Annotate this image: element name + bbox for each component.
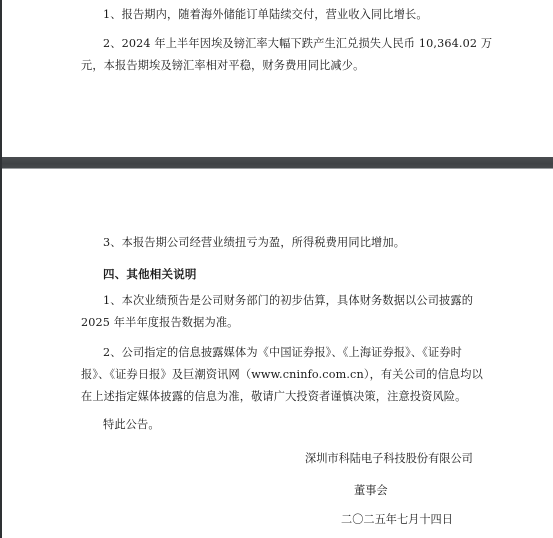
note-text: 2025 年半年度报告数据为准。 — [81, 312, 476, 334]
list-item-text: 3、本报告期公司经营业绩扭亏为盈，所得税费用同比增加。 — [81, 232, 476, 254]
note-text: 1、本次业绩预告是公司财务部门的初步估算，具体财务数据以公司披露的 — [81, 290, 476, 312]
list-item-2: 2、2024 年上半年因埃及镑汇率大幅下跌产生汇兑损失人民币 10,364.02… — [81, 33, 476, 77]
list-item-text: 1、报告期内，随着海外储能订单陆续交付，营业收入同比增长。 — [81, 4, 476, 26]
document-viewer[interactable]: 1、报告期内，随着海外储能订单陆续交付，营业收入同比增长。 2、2024 年上半… — [0, 0, 553, 538]
closing-text: 特此公告。 — [81, 414, 476, 436]
document-page-2: 3、本报告期公司经营业绩扭亏为盈，所得税费用同比增加。 四、其他相关说明 1、本… — [2, 168, 553, 538]
document-page-1: 1、报告期内，随着海外储能订单陆续交付，营业收入同比增长。 2、2024 年上半… — [2, 0, 553, 158]
list-item-3: 3、本报告期公司经营业绩扭亏为盈，所得税费用同比增加。 — [81, 232, 476, 254]
note-text: 在上述指定媒体披露的信息为准，敬请广大投资者谨慎决策，注意投资风险。 — [81, 386, 476, 408]
note-item-1: 1、本次业绩预告是公司财务部门的初步估算，具体财务数据以公司披露的 2025 年… — [81, 290, 476, 334]
list-item-text: 元，本报告期埃及镑汇率相对平稳，财务费用同比减少。 — [81, 55, 476, 77]
section-heading: 四、其他相关说明 — [103, 266, 197, 282]
note-text: 报》、《证券日报》及巨潮资讯网（www.cninfo.com.cn），有关公司的… — [81, 364, 476, 386]
signature-company: 深圳市科陆电子科技股份有限公司 — [305, 450, 473, 466]
closing-statement: 特此公告。 — [81, 414, 476, 436]
note-text: 2、公司指定的信息披露媒体为《中国证券报》、《上海证券报》、《证券时 — [81, 342, 476, 364]
note-item-2: 2、公司指定的信息披露媒体为《中国证券报》、《上海证券报》、《证券时 报》、《证… — [81, 342, 476, 408]
signature-board: 董事会 — [354, 482, 388, 498]
page-separator — [2, 157, 553, 168]
signature-date: 二〇二五年七月十四日 — [341, 511, 453, 527]
list-item-1: 1、报告期内，随着海外储能订单陆续交付，营业收入同比增长。 — [81, 4, 476, 26]
list-item-text: 2、2024 年上半年因埃及镑汇率大幅下跌产生汇兑损失人民币 10,364.02… — [81, 33, 476, 55]
